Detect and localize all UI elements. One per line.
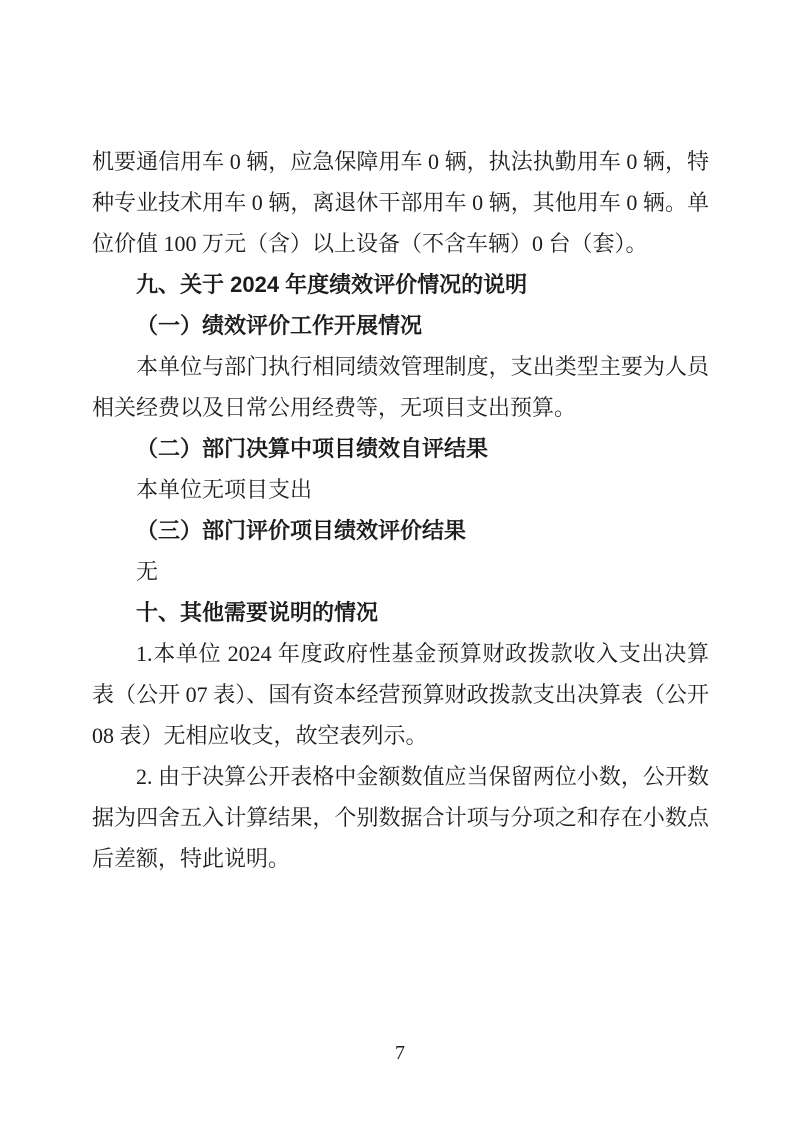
para-other-note-2-rounding: 2. 由于决算公开表格中金额数值应当保留两位小数，公开数据为四舍五入计算结果，个… <box>92 756 709 879</box>
heading-9-3-department-evaluation-results: （三）部门评价项目绩效评价结果 <box>92 510 709 551</box>
heading-9-2-self-evaluation-results: （二）部门决算中项目绩效自评结果 <box>92 428 709 469</box>
heading-section-ten: 十、其他需要说明的情况 <box>92 592 709 633</box>
para-official-vehicles-continuation: 机要通信用车 0 辆，应急保障用车 0 辆，执法执勤用车 0 辆，特种专业技术用… <box>92 141 709 264</box>
page-number: 7 <box>0 1042 800 1064</box>
heading-9-1-performance-evaluation-work: （一）绩效评价工作开展情况 <box>92 305 709 346</box>
para-other-note-1-empty-tables: 1.本单位 2024 年度政府性基金预算财政拨款收入支出决算表（公开 07 表）… <box>92 633 709 756</box>
para-none: 无 <box>92 551 709 592</box>
document-page: 机要通信用车 0 辆，应急保障用车 0 辆，执法执勤用车 0 辆，特种专业技术用… <box>0 0 800 1131</box>
para-no-project-expenditure: 本单位无项目支出 <box>92 469 709 510</box>
para-performance-management-system: 本单位与部门执行相同绩效管理制度，支出类型主要为人员相关经费以及日常公用经费等，… <box>92 346 709 428</box>
heading-section-nine: 九、关于 2024 年度绩效评价情况的说明 <box>92 264 709 305</box>
page-content: 机要通信用车 0 辆，应急保障用车 0 辆，执法执勤用车 0 辆，特种专业技术用… <box>92 141 709 879</box>
